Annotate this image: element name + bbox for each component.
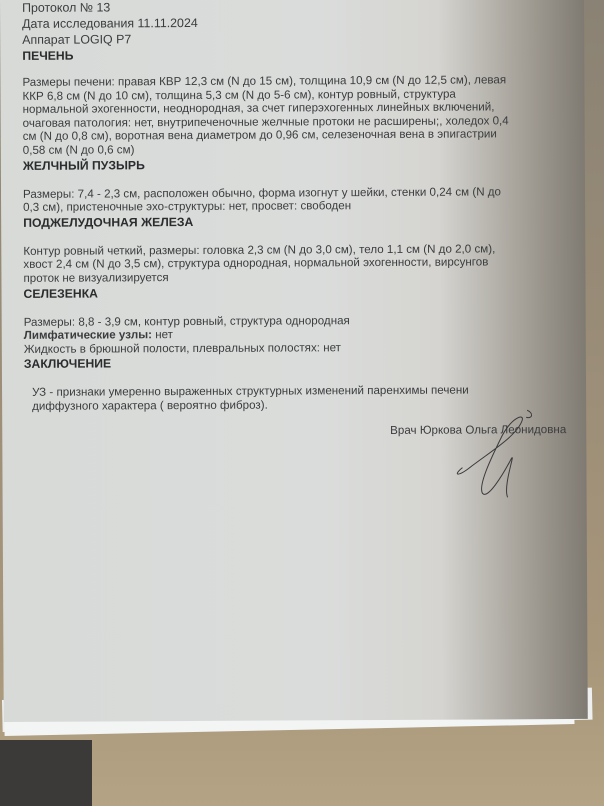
report-header: Протокол № 13 Дата исследования 11.11.20… [22, 0, 582, 48]
lymph-nodes-value: нет [152, 328, 173, 341]
text-line: Размеры печени: правая КВР 12,3 см (N до… [22, 73, 582, 90]
report-content: Протокол № 13 Дата исследования 11.11.20… [22, 0, 584, 439]
section-title-conclusion: ЗАКЛЮЧЕНИЕ [24, 353, 584, 372]
lymph-nodes-label: Лимфатические узлы: [24, 328, 152, 342]
pancreas-findings: Контур ровный четкий, размеры: головка 2… [23, 242, 583, 286]
dark-background-corner [0, 740, 92, 806]
section-title-gallbladder: ЖЕЛЧНЫЙ ПУЗЫРЬ [23, 155, 583, 174]
liver-findings: Размеры печени: правая КВР 12,3 см (N до… [22, 73, 582, 157]
section-title-liver: ПЕЧЕНЬ [22, 45, 582, 64]
gallbladder-findings: Размеры: 7,4 - 2,3 см, расположен обычно… [23, 185, 583, 215]
ultrasound-report-page: Протокол № 13 Дата исследования 11.11.20… [0, 0, 588, 722]
section-title-pancreas: ПОДЖЕЛУДОЧНАЯ ЖЕЛЕЗА [23, 212, 583, 231]
spleen-findings: Размеры: 8,8 - 3,9 см, контур ровный, ст… [24, 312, 584, 356]
section-title-spleen: СЕЛЕЗЕНКА [23, 282, 583, 301]
handwritten-signature-icon [432, 405, 543, 506]
